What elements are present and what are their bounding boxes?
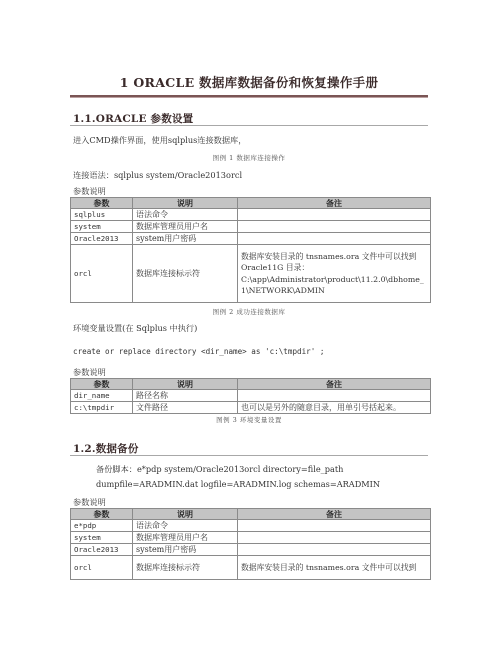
note-cell (238, 532, 431, 544)
note-cell: 数据库安装目录的 tnsnames.ora 文件中可以找到 (238, 556, 431, 580)
table-header-row: 参数 说明 备注 (71, 379, 431, 390)
title-divider (70, 95, 428, 98)
desc-cell: 语法命令 (133, 209, 238, 221)
desc-cell: system用户密码 (133, 544, 238, 556)
params-table-1: 参数 说明 备注 sqlplus 语法命令 system 数据库管理员用户名 O… (70, 197, 431, 303)
figure-caption-2: 图例 2 成功连接数据库 (70, 307, 428, 316)
column-header-note: 备注 (238, 198, 431, 209)
section-heading-1-1: 1.1.ORACLE 参数设置 (73, 111, 193, 126)
section-divider-1-2 (70, 455, 428, 456)
backup-script-line-1: 备份脚本：e*pdp system/Oracle2013orcl directo… (96, 462, 343, 477)
params-table-2: 参数 说明 备注 dir_name 路径名称 c:\tmpdir 文件路径 也可… (70, 378, 431, 414)
param-cell: Oracle2013 (71, 544, 133, 556)
table-row: Oracle2013 system用户密码 (71, 544, 431, 556)
section-divider-1-1 (70, 125, 428, 126)
table-row: system 数据库管理员用户名 (71, 221, 431, 233)
param-cell: dir_name (71, 390, 133, 402)
table-row: orcl 数据库连接标示符 数据库安装目录的 tnsnames.ora 文件中可… (71, 556, 431, 580)
desc-cell: 数据库管理员用户名 (133, 532, 238, 544)
note-cell-multiline: 数据库安装目录的 tnsnames.ora 文件中可以找到 Oracle11G … (238, 245, 431, 303)
params-table-3: 参数 说明 备注 e*pdp 语法命令 system 数据库管理员用户名 Ora… (70, 508, 431, 580)
section-heading-1-2: 1.2.数据备份 (73, 441, 139, 456)
desc-cell: 文件路径 (133, 402, 238, 414)
column-header-desc: 说明 (133, 379, 238, 390)
column-header-note: 备注 (238, 509, 431, 520)
table-header-row: 参数 说明 备注 (71, 198, 431, 209)
param-cell: c:\tmpdir (71, 402, 133, 414)
param-cell: Oracle2013 (71, 233, 133, 245)
note-cell (238, 390, 431, 402)
env-setting-label: 环境变量设置(在 Sqlplus 中执行) (73, 323, 197, 334)
document-page: 1 ORACLE 数据库数据备份和恢复操作手册 1.1.ORACLE 参数设置 … (0, 0, 500, 647)
table-row: system 数据库管理员用户名 (71, 532, 431, 544)
table-header-row: 参数 说明 备注 (71, 509, 431, 520)
param-cell: orcl (71, 245, 133, 303)
column-header-param: 参数 (71, 379, 133, 390)
table-row: Oracle2013 system用户密码 (71, 233, 431, 245)
param-cell: e*pdp (71, 520, 133, 532)
column-header-desc: 说明 (133, 509, 238, 520)
params-label-2: 参数说明 (73, 367, 106, 378)
desc-cell: 数据库连接标示符 (133, 556, 238, 580)
param-cell: system (71, 221, 133, 233)
param-cell: orcl (71, 556, 133, 580)
table-row: dir_name 路径名称 (71, 390, 431, 402)
desc-cell: 路径名称 (133, 390, 238, 402)
desc-cell: system用户密码 (133, 233, 238, 245)
note-cell (238, 221, 431, 233)
note-cell: 也可以是另外的随意目录，用单引号括起来。 (238, 402, 431, 414)
note-cell (238, 544, 431, 556)
column-header-desc: 说明 (133, 198, 238, 209)
params-label-1: 参数说明 (73, 186, 106, 197)
figure-caption-1: 图例 1 数据库连接操作 (70, 153, 428, 162)
column-header-note: 备注 (238, 379, 431, 390)
note-cell (238, 209, 431, 221)
table-row: e*pdp 语法命令 (71, 520, 431, 532)
backup-script-line-2: dumpfile=ARADMIN.dat logfile=ARADMIN.log… (96, 477, 380, 492)
note-cell (238, 520, 431, 532)
param-cell: sqlplus (71, 209, 133, 221)
connect-syntax-text: 连接语法：sqlplus system/Oracle2013orcl (73, 170, 242, 181)
note-cell (238, 233, 431, 245)
desc-cell: 数据库连接标示符 (133, 245, 238, 303)
document-title: 1 ORACLE 数据库数据备份和恢复操作手册 (70, 73, 428, 91)
column-header-param: 参数 (71, 509, 133, 520)
params-label-3: 参数说明 (73, 497, 106, 508)
desc-cell: 数据库管理员用户名 (133, 221, 238, 233)
table-row: orcl 数据库连接标示符 数据库安装目录的 tnsnames.ora 文件中可… (71, 245, 431, 303)
intro-text: 进入CMD操作界面，使用sqlplus连接数据库， (73, 135, 246, 146)
column-header-param: 参数 (71, 198, 133, 209)
table-row: sqlplus 语法命令 (71, 209, 431, 221)
table-row: c:\tmpdir 文件路径 也可以是另外的随意目录，用单引号括起来。 (71, 402, 431, 414)
param-cell: system (71, 532, 133, 544)
desc-cell: 语法命令 (133, 520, 238, 532)
figure-caption-3: 图例 3 环境变量设置 (70, 415, 428, 424)
create-directory-command: create or replace directory <dir_name> a… (73, 347, 324, 356)
